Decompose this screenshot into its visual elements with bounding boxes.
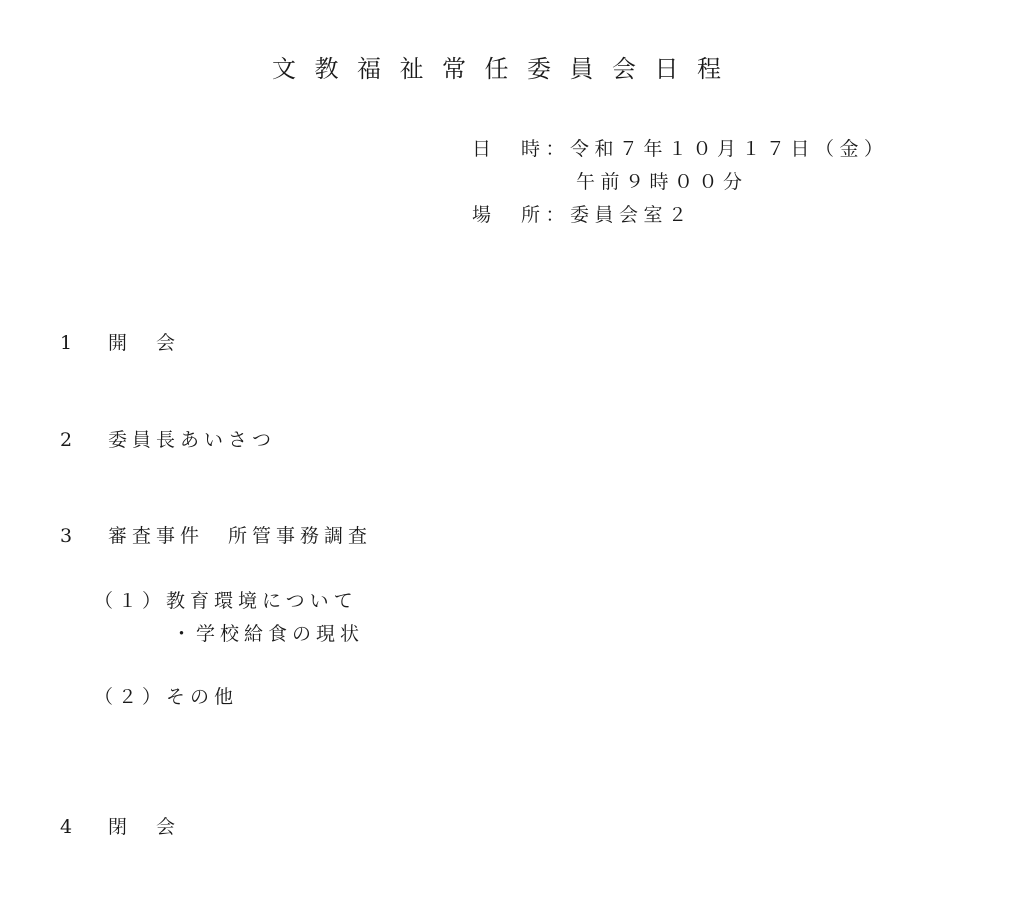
datetime-label: 日 時 xyxy=(472,138,546,160)
agenda-subitem-1-bullet: ・学校給食の現状 xyxy=(172,622,364,646)
document-title: 文教福祉常任委員会日程 xyxy=(272,54,740,84)
subitem-label: 教育環境について xyxy=(166,590,358,612)
bullet-text: ・学校給食の現状 xyxy=(172,623,364,645)
agenda-item-4: 4閉 会 xyxy=(60,815,180,839)
agenda-label: 委員長あいさつ xyxy=(108,429,276,451)
meeting-date: 令和７年１０月１７日（金） xyxy=(570,138,889,160)
agenda-item-1: 1開 会 xyxy=(60,331,180,355)
meeting-place: 委員会室２ xyxy=(570,204,693,226)
subitem-label: その他 xyxy=(166,686,238,708)
agenda-item-3: 3審査事件 所管事務調査 xyxy=(60,524,372,548)
agenda-label: 開 会 xyxy=(108,332,180,354)
agenda-item-2: 2委員長あいさつ xyxy=(60,428,276,452)
place-separator: ： xyxy=(546,204,571,226)
subitem-number: （１） xyxy=(94,590,166,612)
agenda-subitem-2: （２）その他 xyxy=(94,685,238,709)
agenda-number: 1 xyxy=(60,331,108,355)
datetime-row: 日 時：令和７年１０月１７日（金） xyxy=(472,137,889,161)
subitem-number: （２） xyxy=(94,686,166,708)
time-row: 午前９時００分 xyxy=(576,170,748,194)
place-label: 場 所 xyxy=(472,204,546,226)
agenda-subitem-1: （１）教育環境について xyxy=(94,589,358,613)
agenda-number: 4 xyxy=(60,815,108,839)
place-row: 場 所：委員会室２ xyxy=(472,203,693,227)
agenda-number: 2 xyxy=(60,428,108,452)
agenda-number: 3 xyxy=(60,524,108,548)
meeting-time: 午前９時００分 xyxy=(576,171,748,193)
agenda-label: 閉 会 xyxy=(108,816,180,838)
agenda-label: 審査事件 所管事務調査 xyxy=(108,525,372,547)
datetime-separator: ： xyxy=(546,138,571,160)
